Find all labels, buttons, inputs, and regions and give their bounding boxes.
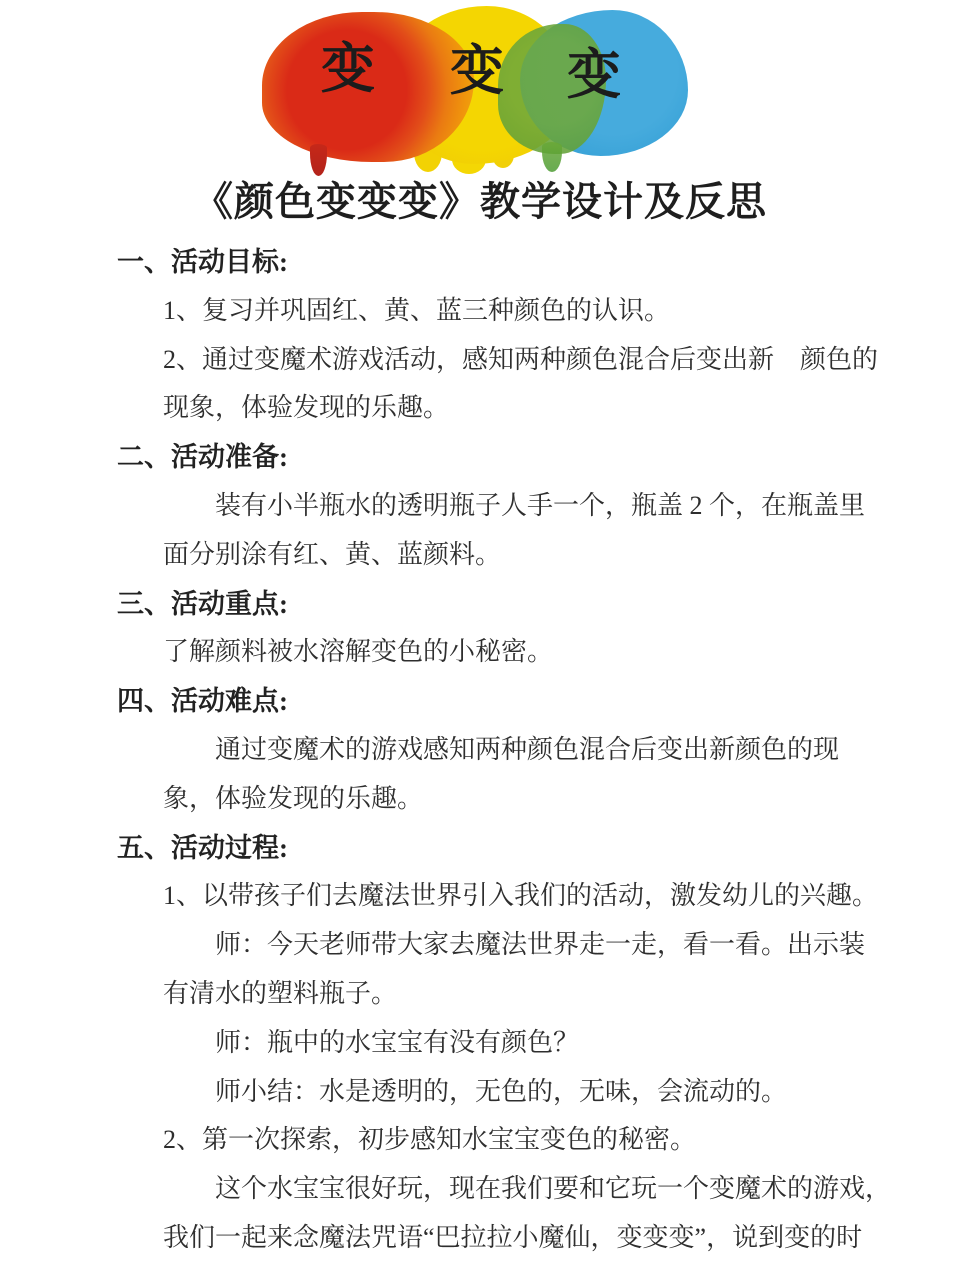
text-line: 师：今天老师带大家去魔法世界走一走，看一看。出示装 <box>0 921 960 970</box>
text-line: 2、第一次探索，初步感知水宝宝变色的秘密。 <box>0 1116 960 1165</box>
page-title: 《颜色变变变》教学设计及反思 <box>0 170 960 227</box>
section-heading: 三、活动重点: <box>0 580 960 629</box>
bian-character-red: 变 <box>321 42 375 96</box>
paint-splash-header: 变 变 变 <box>262 4 690 174</box>
section-heading: 二、活动准备: <box>0 433 960 482</box>
text-line: 象，体验发现的乐趣。 <box>0 775 960 824</box>
text-line: 有清水的塑料瓶子。 <box>0 970 960 1019</box>
text-line: 通过变魔术的游戏感知两种颜色混合后变出新颜色的现 <box>0 726 960 775</box>
text-line: 我们一起来念魔法咒语“巴拉拉小魔仙，变变变”，说到变的时 <box>0 1214 960 1263</box>
section-heading: 四、活动难点: <box>0 677 960 726</box>
green-paint-drip <box>542 142 562 172</box>
text-line: 师小结：水是透明的，无色的，无味，会流动的。 <box>0 1068 960 1117</box>
text-line: 2、通过变魔术游戏活动，感知两种颜色混合后变出新 颜色的 <box>0 336 960 385</box>
document-page: 变 变 变 《颜色变变变》教学设计及反思 一、活动目标:1、复习并巩固红、黄、蓝… <box>0 0 960 1280</box>
text-line: 1、以带孩子们去魔法世界引入我们的活动，激发幼儿的兴趣。 <box>0 872 960 921</box>
bian-character-yellow: 变 <box>450 44 504 98</box>
text-line: 现象，体验发现的乐趣。 <box>0 384 960 433</box>
text-line: 师：瓶中的水宝宝有没有颜色？ <box>0 1019 960 1068</box>
document-lines: 一、活动目标:1、复习并巩固红、黄、蓝三种颜色的认识。2、通过变魔术游戏活动，感… <box>0 238 960 1263</box>
text-line: 了解颜料被水溶解变色的小秘密。 <box>0 628 960 677</box>
text-line: 这个水宝宝很好玩，现在我们要和它玩一个变魔术的游戏， <box>0 1165 960 1214</box>
bian-character-blue: 变 <box>567 48 621 102</box>
text-line: 面分别涂有红、黄、蓝颜料。 <box>0 531 960 580</box>
section-heading: 五、活动过程: <box>0 824 960 873</box>
text-line: 1、复习并巩固红、黄、蓝三种颜色的认识。 <box>0 287 960 336</box>
text-line: 装有小半瓶水的透明瓶子人手一个，瓶盖 2 个，在瓶盖里 <box>0 482 960 531</box>
section-heading: 一、活动目标: <box>0 238 960 287</box>
